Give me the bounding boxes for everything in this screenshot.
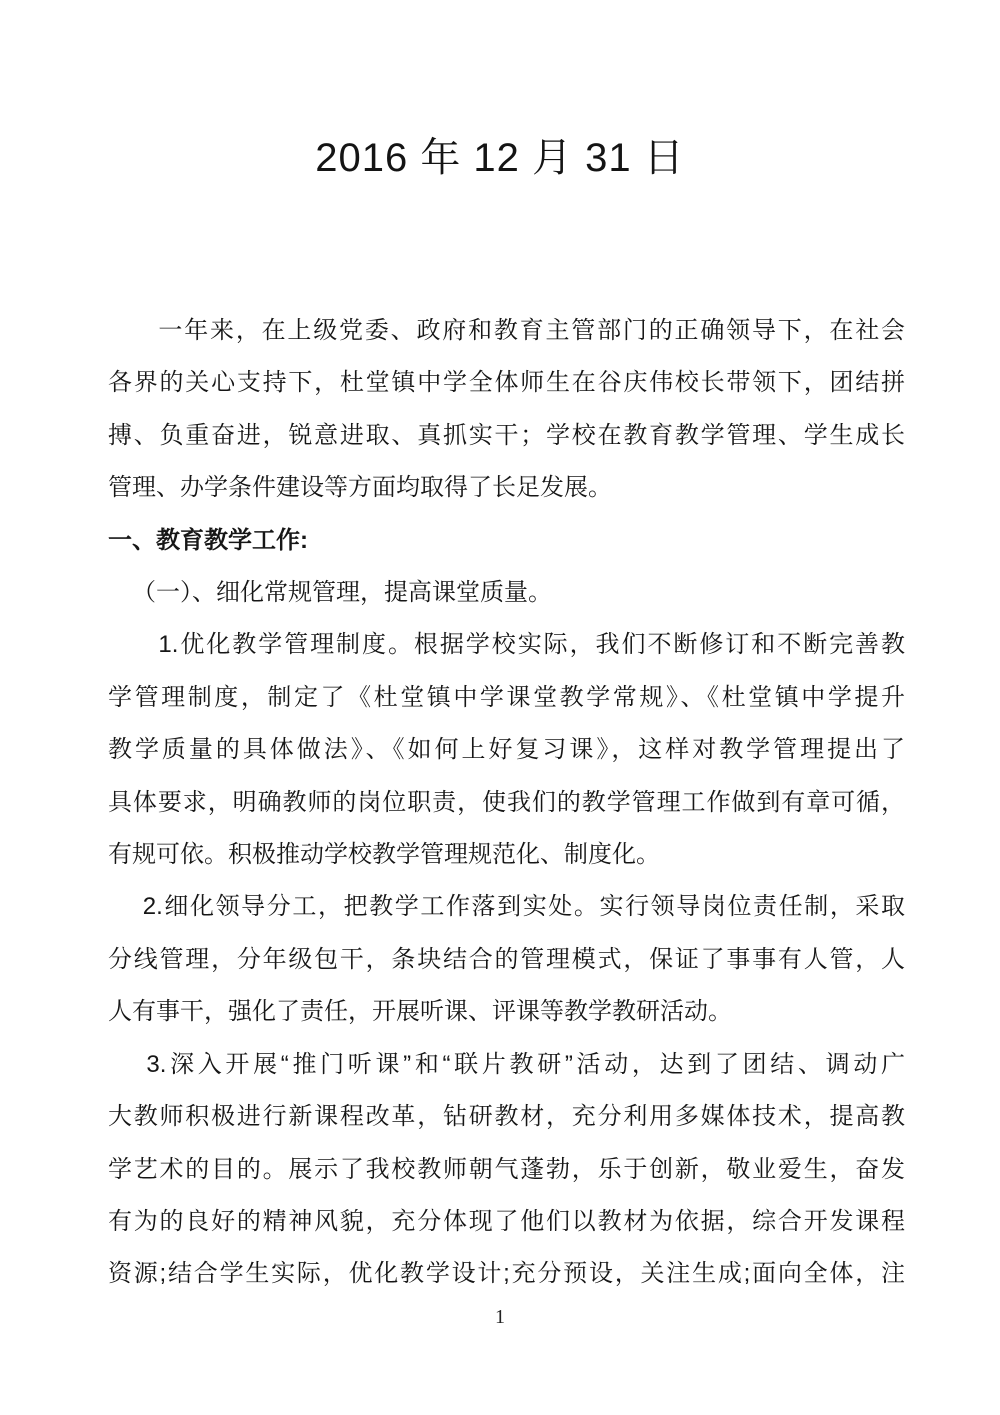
- text-line: 2.细化领导分工，把教学工作落到实处。实行领导岗位责任制，采取: [108, 881, 905, 933]
- document-body: 一年来，在上级党委、政府和教育主管部门的正确领导下，在社会 各界的关心支持下，杜…: [108, 305, 905, 1301]
- text-line: 一年来，在上级党委、政府和教育主管部门的正确领导下，在社会: [108, 305, 905, 357]
- text-line: 大教师积极进行新课程改革，钻研教材，充分利用多媒体技术，提高教: [108, 1091, 905, 1143]
- page-number: 1: [0, 1303, 1000, 1331]
- paragraph-intro: 一年来，在上级党委、政府和教育主管部门的正确领导下，在社会 各界的关心支持下，杜…: [108, 305, 905, 515]
- text-line: 有规可依。积极推动学校教学管理规范化、制度化。: [108, 829, 905, 881]
- text-line: 3.深入开展“推门听课”和“联片教研”活动，达到了团结、调动广: [108, 1039, 905, 1091]
- text-line: 具体要求，明确教师的岗位职责，使我们的教学管理工作做到有章可循，: [108, 777, 905, 829]
- text-line: 1.优化教学管理制度。根据学校实际，我们不断修订和不断完善教: [108, 619, 905, 671]
- text-line: 人有事干，强化了责任，开展听课、评课等教学教研活动。: [108, 986, 905, 1038]
- section-heading-text: 一、教育教学工作:: [108, 515, 905, 567]
- text-line: 资源;结合学生实际，优化教学设计;充分预设，关注生成;面向全体，注: [108, 1248, 905, 1300]
- paragraph-point-3: 3.深入开展“推门听课”和“联片教研”活动，达到了团结、调动广 大教师积极进行新…: [108, 1039, 905, 1301]
- text-line: 有为的良好的精神风貌，充分体现了他们以教材为依据，综合开发课程: [108, 1196, 905, 1248]
- text-line: 分线管理，分年级包干，条块结合的管理模式，保证了事事有人管，人: [108, 934, 905, 986]
- text-line: 学艺术的目的。展示了我校教师朝气蓬勃，乐于创新，敬业爱生，奋发: [108, 1144, 905, 1196]
- section-heading-education: 一、教育教学工作:: [108, 515, 905, 567]
- document-title: 2016 年 12 月 31 日: [0, 130, 1000, 186]
- text-line: 各界的关心支持下，杜堂镇中学全体师生在谷庆伟校长带领下，团结拼: [108, 357, 905, 409]
- document-page: 2016 年 12 月 31 日 一年来，在上级党委、政府和教育主管部门的正确领…: [0, 0, 1000, 1415]
- paragraph-subheading-1: （一）、细化常规管理，提高课堂质量。: [108, 567, 905, 619]
- text-line: 学管理制度，制定了《杜堂镇中学课堂教学常规》、《杜堂镇中学提升: [108, 672, 905, 724]
- text-line: 教学质量的具体做法》、《如何上好复习课》，这样对教学管理提出了: [108, 724, 905, 776]
- paragraph-point-1: 1.优化教学管理制度。根据学校实际，我们不断修订和不断完善教 学管理制度，制定了…: [108, 619, 905, 881]
- text-line: （一）、细化常规管理，提高课堂质量。: [108, 567, 905, 619]
- text-line: 管理、办学条件建设等方面均取得了长足发展。: [108, 462, 905, 514]
- text-line: 搏、负重奋进，锐意进取、真抓实干；学校在教育教学管理、学生成长: [108, 410, 905, 462]
- paragraph-point-2: 2.细化领导分工，把教学工作落到实处。实行领导岗位责任制，采取 分线管理，分年级…: [108, 881, 905, 1038]
